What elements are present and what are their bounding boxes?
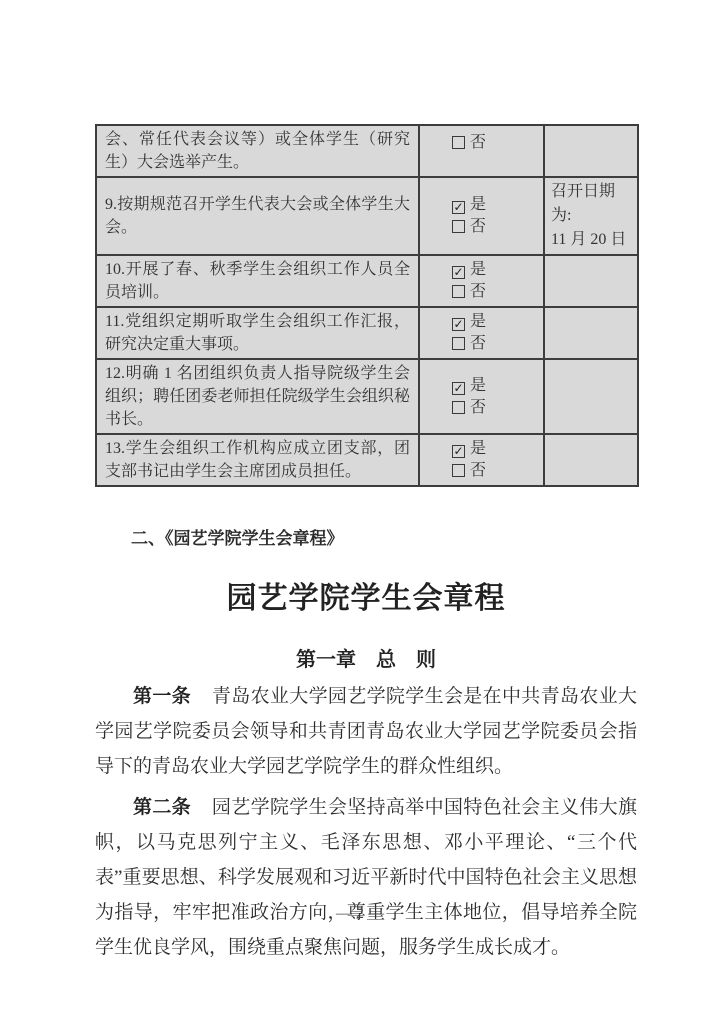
table-row: 12.明确 1 名团组织负责人指导院级学生会组织；聘任团委老师担任院级学生会组织… (96, 359, 638, 434)
checkbox-option: 否 (452, 460, 543, 482)
remark-cell (544, 307, 638, 359)
checkbox-label: 是 (470, 440, 486, 457)
checkbox-label: 否 (470, 283, 486, 300)
checkbox-option: ✓是 (452, 311, 543, 333)
item-text-cell: 11.党组织定期听取学生会组织工作汇报，研究决定重大事项。 (96, 307, 419, 359)
checkbox-label: 是 (470, 196, 486, 213)
item-text-cell: 会、常任代表会议等）或全体学生（研究生）大会选举产生。 (96, 125, 419, 177)
checkbox-checked-icon[interactable]: ✓ (452, 382, 465, 395)
checkbox-unchecked-icon[interactable] (452, 337, 465, 350)
checkbox-unchecked-icon[interactable] (452, 136, 465, 149)
checkbox-option: 否 (452, 397, 543, 419)
remark-cell (544, 125, 638, 177)
article-paragraph: 第一条青岛农业大学园艺学院学生会是在中共青岛农业大学园艺学院委员会领导和共青团青… (95, 679, 637, 784)
checkbox-option: 否 (452, 216, 543, 238)
checkbox-checked-icon[interactable]: ✓ (452, 318, 465, 331)
document-page: 会、常任代表会议等）或全体学生（研究生）大会选举产生。否9.按期规范召开学生代表… (95, 0, 637, 965)
article-text: 园艺学院学生会坚持高举中国特色社会主义伟大旗帜，以马克思列宁主义、毛泽东思想、邓… (95, 797, 637, 958)
checkbox-label: 否 (470, 335, 486, 352)
checkbox-label: 是 (470, 313, 486, 330)
article-paragraph: 第二条园艺学院学生会坚持高举中国特色社会主义伟大旗帜，以马克思列宁主义、毛泽东思… (95, 790, 637, 965)
table-row: 13.学生会组织工作机构应成立团支部，团支部书记由学生会主席团成员担任。✓是否 (96, 434, 638, 486)
table-row: 11.党组织定期听取学生会组织工作汇报，研究决定重大事项。✓是否 (96, 307, 638, 359)
checkbox-label: 否 (470, 399, 486, 416)
checkbox-label: 否 (470, 462, 486, 479)
section-heading: 二、《园艺学院学生会章程》 (95, 527, 637, 551)
remark-cell (544, 359, 638, 434)
page-number: — 2 — (0, 903, 720, 925)
checklist-table-body: 会、常任代表会议等）或全体学生（研究生）大会选举产生。否9.按期规范召开学生代表… (96, 125, 638, 486)
article-number: 第一条 (133, 685, 191, 707)
item-text-cell: 12.明确 1 名团组织负责人指导院级学生会组织；聘任团委老师担任院级学生会组织… (96, 359, 419, 434)
checkbox-cell: 否 (419, 125, 544, 177)
checkbox-label: 是 (470, 377, 486, 394)
checkbox-cell: ✓是否 (419, 359, 544, 434)
table-row: 9.按期规范召开学生代表大会或全体学生大会。✓是否召开日期为:11 月 20 日 (96, 177, 638, 255)
checkbox-option: ✓是 (452, 194, 543, 216)
item-text-cell: 10.开展了春、秋季学生会组织工作人员全员培训。 (96, 255, 419, 307)
remark-cell: 召开日期为:11 月 20 日 (544, 177, 638, 255)
document-title: 园艺学院学生会章程 (95, 579, 637, 619)
checkbox-cell: ✓是否 (419, 434, 544, 486)
checkbox-unchecked-icon[interactable] (452, 401, 465, 414)
checkbox-checked-icon[interactable]: ✓ (452, 266, 465, 279)
checkbox-option: 否 (452, 333, 543, 355)
checkbox-checked-icon[interactable]: ✓ (452, 201, 465, 214)
remark-line: 11 月 20 日 (551, 228, 631, 252)
item-text-cell: 13.学生会组织工作机构应成立团支部，团支部书记由学生会主席团成员担任。 (96, 434, 419, 486)
checkbox-label: 否 (470, 218, 486, 235)
article-number: 第二条 (133, 796, 191, 818)
remark-cell (544, 434, 638, 486)
checkbox-label: 是 (470, 261, 486, 278)
checkbox-option: ✓是 (452, 438, 543, 460)
checkbox-unchecked-icon[interactable] (452, 285, 465, 298)
remark-cell (544, 255, 638, 307)
checkbox-label: 否 (470, 134, 486, 151)
table-row: 会、常任代表会议等）或全体学生（研究生）大会选举产生。否 (96, 125, 638, 177)
checkbox-option: 否 (452, 132, 543, 154)
checkbox-checked-icon[interactable]: ✓ (452, 445, 465, 458)
checkbox-unchecked-icon[interactable] (452, 464, 465, 477)
remark-line: 召开日期为: (551, 180, 631, 228)
table-row: 10.开展了春、秋季学生会组织工作人员全员培训。✓是否 (96, 255, 638, 307)
checkbox-option: ✓是 (452, 375, 543, 397)
checkbox-cell: ✓是否 (419, 255, 544, 307)
checkbox-option: ✓是 (452, 259, 543, 281)
checkbox-option: 否 (452, 281, 543, 303)
checklist-table: 会、常任代表会议等）或全体学生（研究生）大会选举产生。否9.按期规范召开学生代表… (95, 124, 639, 487)
checkbox-unchecked-icon[interactable] (452, 220, 465, 233)
chapter-heading: 第一章 总 则 (95, 645, 637, 673)
checkbox-cell: ✓是否 (419, 177, 544, 255)
checkbox-cell: ✓是否 (419, 307, 544, 359)
item-text-cell: 9.按期规范召开学生代表大会或全体学生大会。 (96, 177, 419, 255)
